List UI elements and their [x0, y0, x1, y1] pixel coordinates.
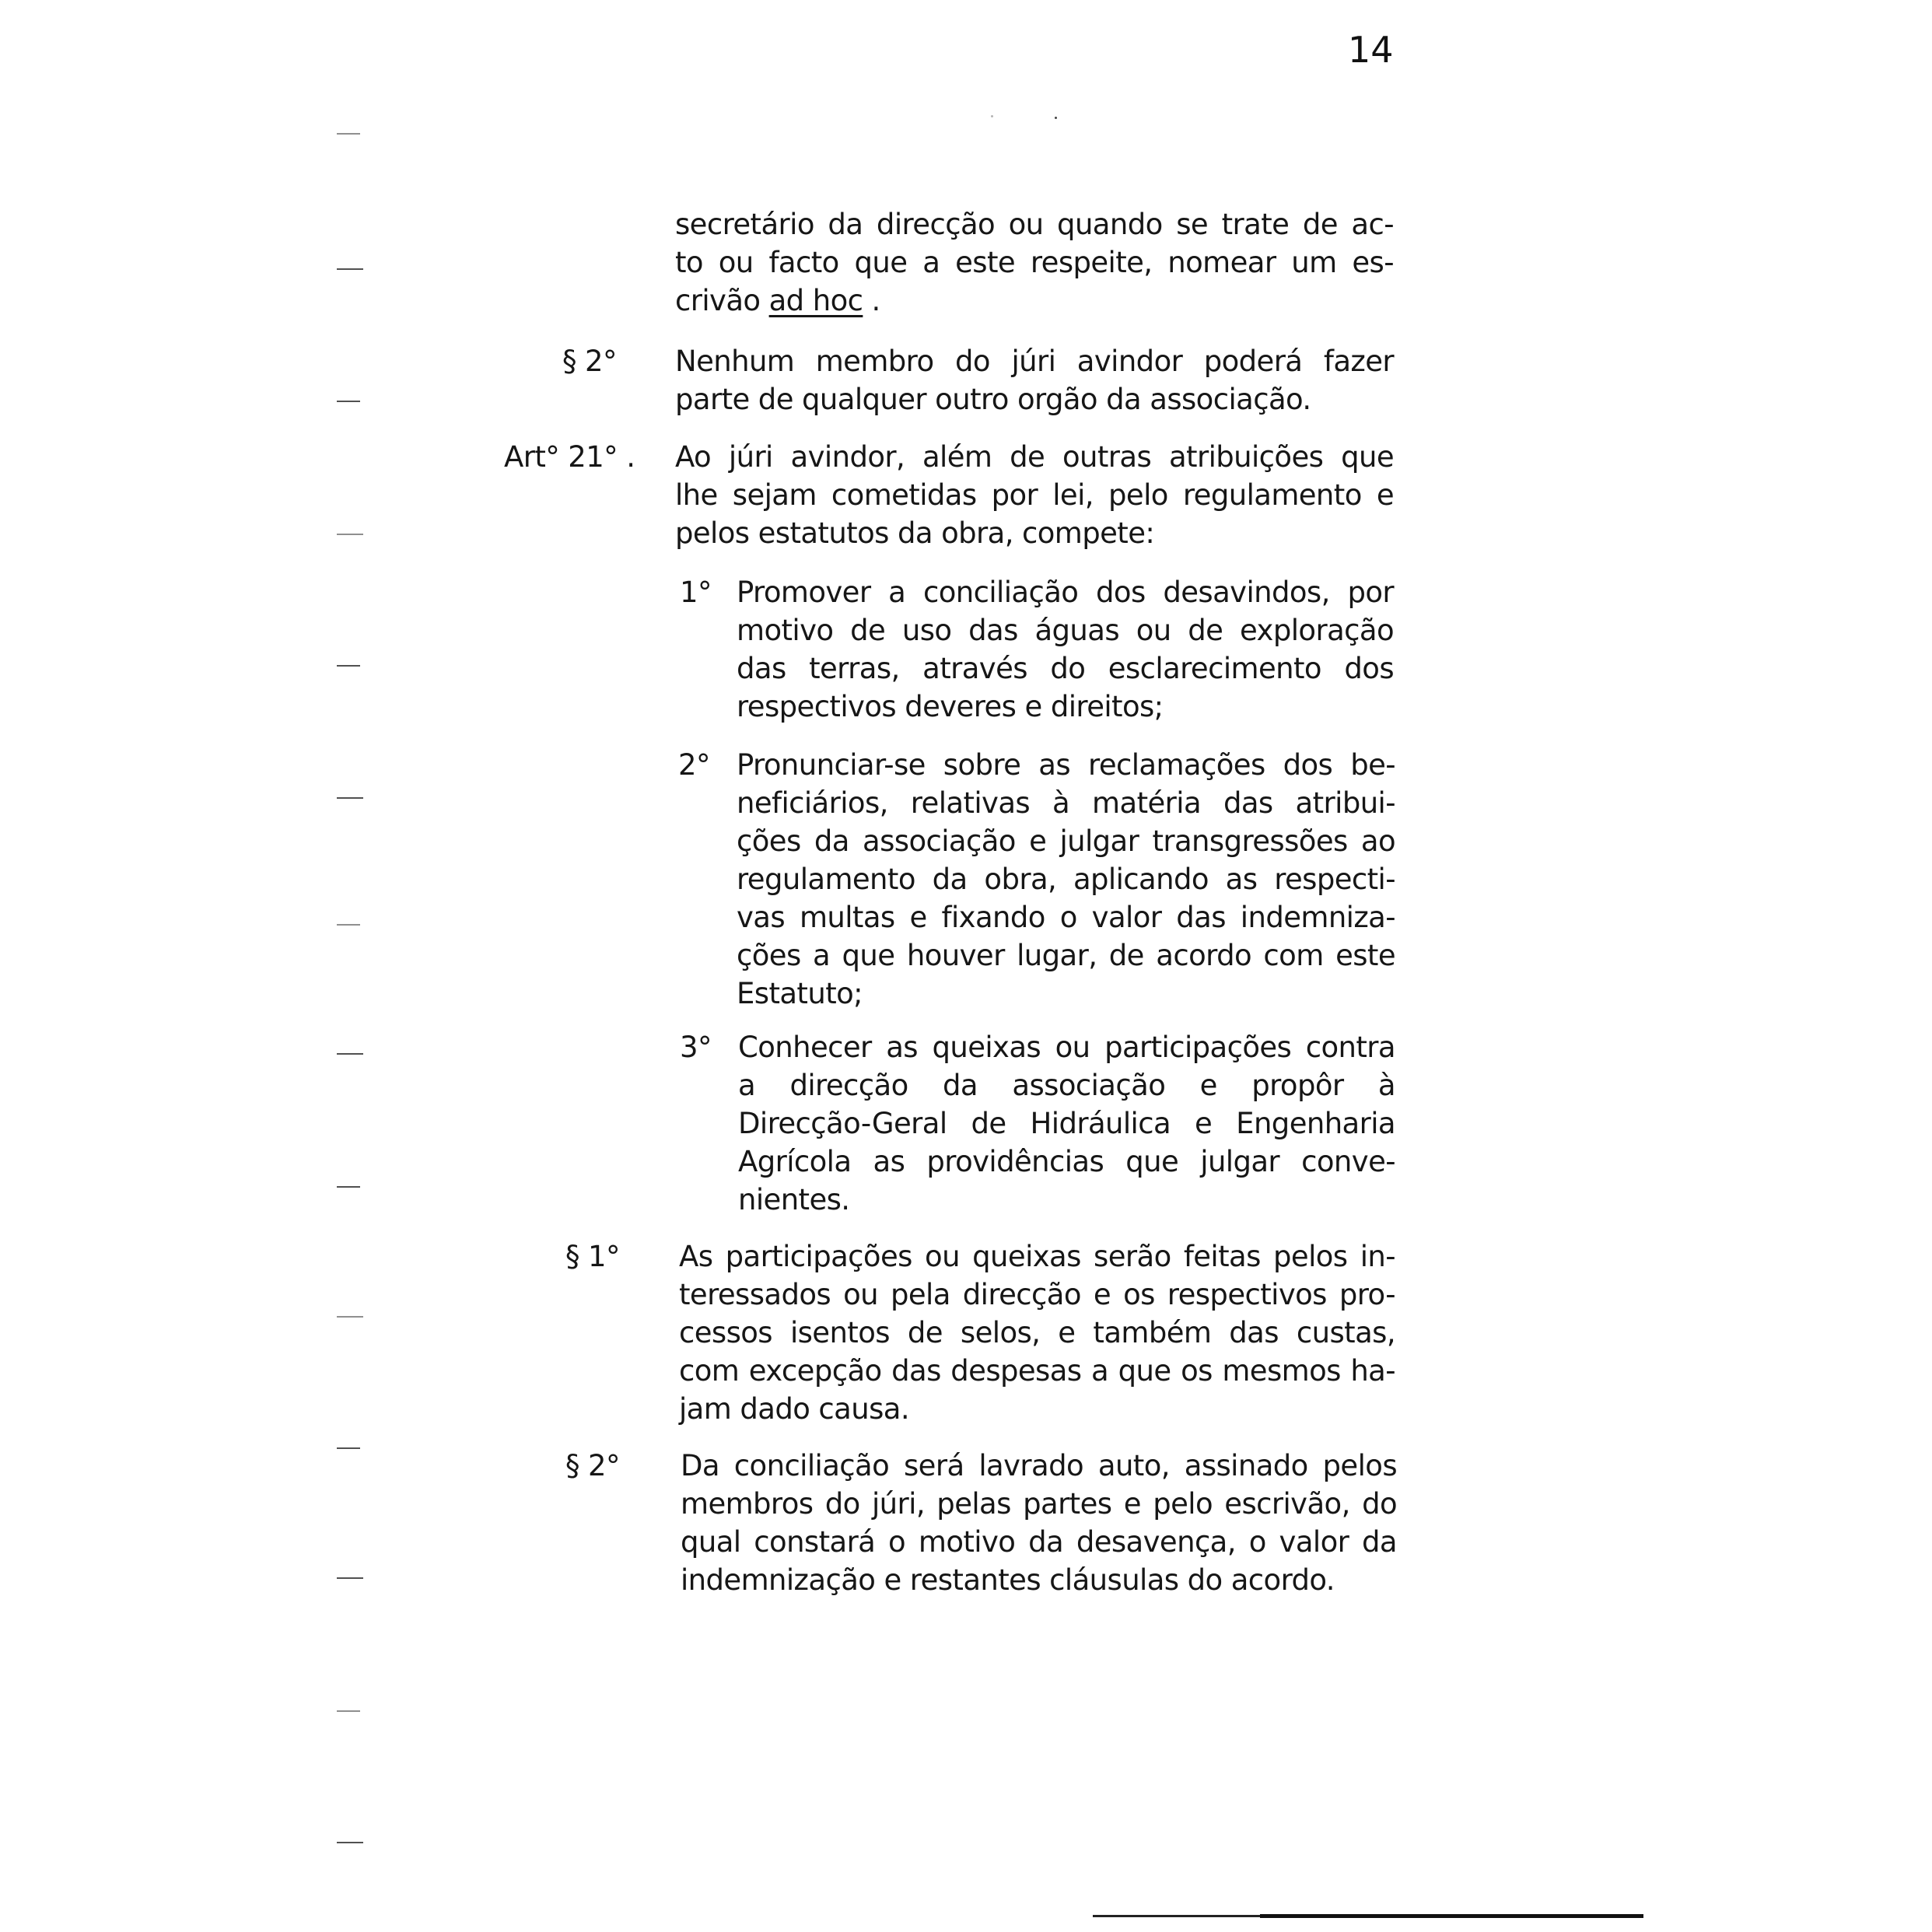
- text-line: ções a que houver lugar, de acordo com e…: [737, 936, 1395, 975]
- text-line: secretário da direcção ou quando se trat…: [675, 205, 1394, 243]
- margin-tick: [337, 401, 360, 402]
- text-line: qual constará o motivo da desavença, o v…: [681, 1523, 1397, 1561]
- continuation-paragraph: secretário da direcção ou quando se trat…: [675, 205, 1394, 320]
- margin-tick: [337, 534, 363, 535]
- text-line: respectivos deveres e direitos;: [737, 688, 1394, 726]
- text-line: neficiários, relativas à matéria das atr…: [737, 784, 1395, 822]
- page-number: 14: [1348, 28, 1394, 72]
- margin-tick: [337, 665, 360, 667]
- item-label: 3°: [680, 1028, 712, 1066]
- margin-tick: [337, 1316, 363, 1318]
- text-line: com excepção das despesas a que os mesmo…: [679, 1352, 1395, 1390]
- scan-specks: [991, 115, 1061, 121]
- text-line: crivão ad hoc .: [675, 282, 1394, 320]
- section-label: § 1°: [565, 1237, 620, 1276]
- margin-tick: [337, 133, 360, 135]
- text-line: regulamento da obra, aplicando as respec…: [737, 860, 1395, 898]
- article-label: Art° 21° .: [504, 438, 635, 476]
- margin-tick: [337, 1053, 363, 1055]
- text-line: Pronunciar-se sobre as reclamações dos b…: [737, 746, 1395, 784]
- margin-tick: [337, 1186, 360, 1188]
- latin-term-underlined: ad hoc: [769, 284, 863, 317]
- text-line: As participações ou queixas serão feitas…: [679, 1237, 1395, 1276]
- text-line: Ao júri avindor, além de outras atribuiç…: [675, 438, 1394, 476]
- text-line: Conhecer as queixas ou participações con…: [738, 1028, 1395, 1066]
- text-line: to ou facto que a este respeite, nomear …: [675, 243, 1394, 282]
- text-line: nientes.: [738, 1181, 1395, 1219]
- text-line: lhe sejam cometidas por lei, pelo regula…: [675, 476, 1394, 514]
- text-line: parte de qualquer outro orgão da associa…: [675, 380, 1394, 418]
- text-line: motivo de uso das águas ou de exploração: [737, 611, 1394, 649]
- margin-tick: [337, 797, 363, 799]
- margin-tick: [337, 924, 360, 926]
- section-label: § 2°: [565, 1447, 620, 1485]
- text-line: Promover a conciliação dos desavindos, p…: [737, 573, 1394, 611]
- margin-tick: [337, 1577, 363, 1579]
- text-line: pelos estatutos da obra, compete:: [675, 514, 1394, 552]
- margin-tick: [337, 1447, 360, 1449]
- text-line: a direcção da associação e propôr à: [738, 1066, 1395, 1104]
- text-line: Agrícola as providências que julgar conv…: [738, 1143, 1395, 1181]
- text-line: teressados ou pela direcção e os respect…: [679, 1276, 1395, 1314]
- text-line: vas multas e fixando o valor das indemni…: [737, 898, 1395, 936]
- text-line: jam dado causa.: [679, 1390, 1395, 1428]
- text-line: das terras, através do esclarecimento do…: [737, 649, 1394, 688]
- margin-tick: [337, 268, 363, 270]
- text-line: Da conciliação será lavrado auto, assina…: [681, 1447, 1397, 1485]
- text-line: ções da associação e julgar transgressõe…: [737, 822, 1395, 860]
- margin-tick: [337, 1842, 363, 1843]
- bottom-rule-thick: [1260, 1914, 1643, 1918]
- text-line: membros do júri, pelas partes e pelo esc…: [681, 1485, 1397, 1523]
- text-line: Direcção-Geral de Hidráulica e Engenhari…: [738, 1104, 1395, 1143]
- text-line: Estatuto;: [737, 975, 1395, 1013]
- text-line: Nenhum membro do júri avindor poderá faz…: [675, 342, 1394, 380]
- text-line: cessos isentos de selos, e também das cu…: [679, 1314, 1395, 1352]
- item-label: 1°: [680, 573, 712, 611]
- section-label: § 2°: [562, 342, 617, 380]
- margin-tick: [337, 1710, 360, 1712]
- text-line: indemnização e restantes cláusulas do ac…: [681, 1561, 1397, 1599]
- item-label: 2°: [678, 746, 710, 784]
